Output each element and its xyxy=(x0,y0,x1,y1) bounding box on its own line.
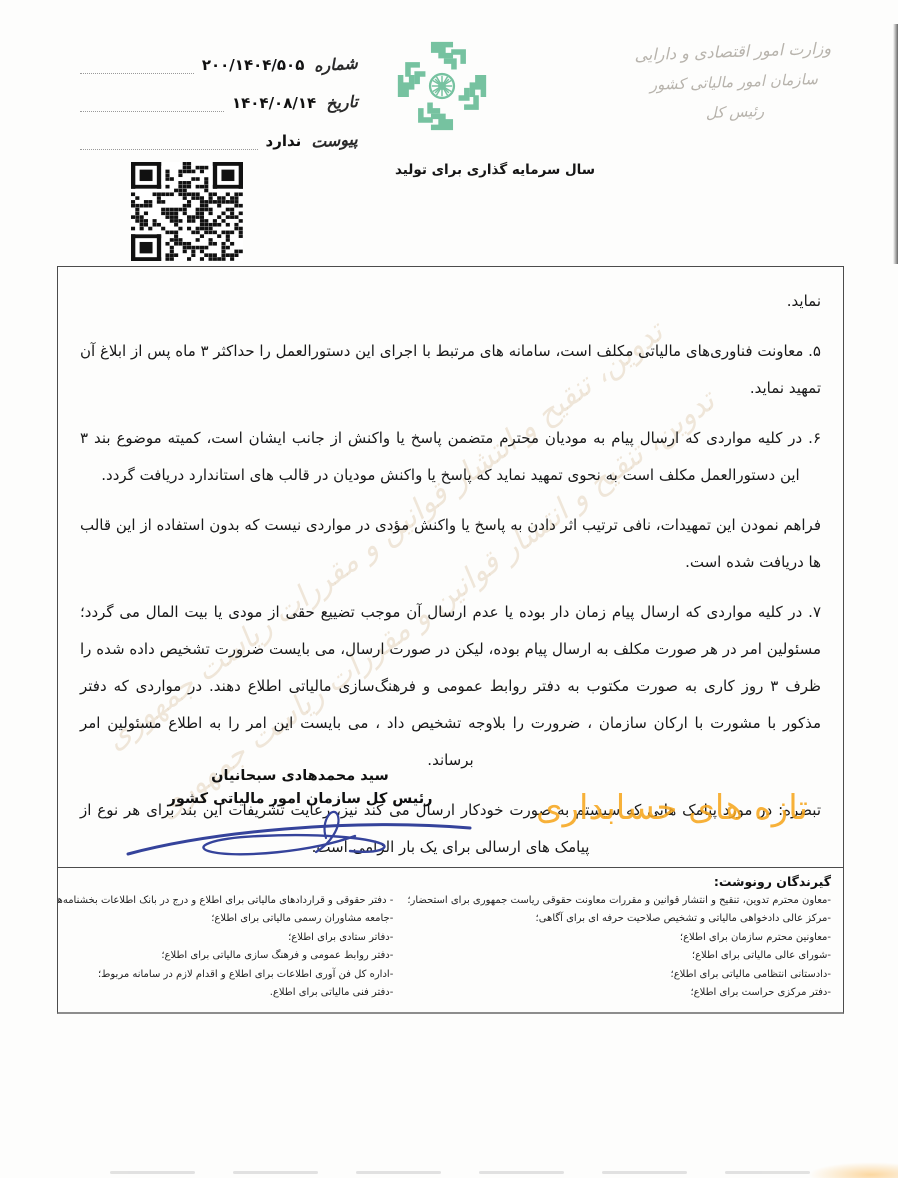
dotted-line xyxy=(80,55,194,74)
letter-number-label: شماره xyxy=(314,54,359,76)
letter-date-label: تاریخ xyxy=(326,92,359,113)
cc-item: -جامعه مشاوران رسمی مالیاتی برای اطلاع؛ xyxy=(57,911,393,928)
letter-attachment-value: ندارد xyxy=(266,132,302,150)
footer-fine-print xyxy=(110,1171,810,1175)
letter-number-value: ۲۰۰/۱۴۰۴/۵۰۵ xyxy=(202,56,305,74)
letter-date-row: تاریخ ۱۴۰۴/۰۸/۱۴ xyxy=(80,86,358,112)
year-slogan: سال سرمایه گذاری برای تولید xyxy=(350,162,640,178)
signer-title: رئیس کل سازمان امور مالیاتی کشور xyxy=(150,791,450,807)
body-paragraph: ۶. در کلیه مواردی که ارسال پیام به مودیا… xyxy=(80,420,821,494)
cc-item: -دفتر فنی مالیاتی برای اطلاع. xyxy=(57,985,393,1002)
scan-edge-shadow xyxy=(893,24,898,264)
ministry-line3: رئیس کل xyxy=(585,98,885,126)
channel-watermark: تازه های حسابداری xyxy=(512,788,832,828)
body-paragraph: ۵. معاونت فناوری‌های مالیاتی مکلف است، س… xyxy=(80,333,821,407)
signer-name: سید محمدهادی سبحانیان xyxy=(150,768,450,784)
cc-item: - دفتر حقوقی و قراردادهای مالیاتی برای ا… xyxy=(57,893,393,910)
cc-item: -دفتر روابط عمومی و فرهنگ سازی مالیاتی ب… xyxy=(57,948,393,965)
body-paragraph: نماید. xyxy=(80,283,821,320)
body-paragraph: فراهم نمودن این تمهیدات، نافی ترتیب اثر … xyxy=(80,507,821,581)
cc-item: -مرکز عالی دادخواهی مالیاتی و تشخیص صلاح… xyxy=(407,911,831,928)
copy-recipients-header: گیرندگان رونوشت: xyxy=(70,874,831,889)
dotted-line xyxy=(80,131,258,150)
letter-date-value: ۱۴۰۴/۰۸/۱۴ xyxy=(232,94,316,112)
cc-item: -معاون محترم تدوین، تنقیح و انتشار قوانی… xyxy=(407,893,831,910)
qr-code xyxy=(131,162,243,261)
cc-item: -دفتر مرکزی حراست برای اطلاع؛ xyxy=(407,985,831,1002)
cc-item: -دفاتر ستادی برای اطلاع؛ xyxy=(57,930,393,947)
copy-recipients-box: گیرندگان رونوشت: -معاون محترم تدوین، تنق… xyxy=(57,867,844,1014)
signature-block: سید محمدهادی سبحانیان رئیس کل سازمان امو… xyxy=(150,768,450,807)
cc-left-column: - دفتر حقوقی و قراردادهای مالیاتی برای ا… xyxy=(57,893,393,1004)
cc-item: -شورای عالی مالیاتی برای اطلاع؛ xyxy=(407,948,831,965)
ministry-line1: وزارت امور اقتصادی و دارایی xyxy=(583,37,883,66)
dotted-line xyxy=(80,93,224,112)
letter-attachment-label: پیوست xyxy=(311,129,359,151)
letter-attachment-row: پیوست ندارد xyxy=(80,124,358,150)
reference-block: شماره ۲۰۰/۱۴۰۴/۵۰۵ تاریخ ۱۴۰۴/۰۸/۱۴ پیوس… xyxy=(80,48,358,162)
cc-item: -معاونین محترم سازمان برای اطلاع؛ xyxy=(407,930,831,947)
cc-right-column: -معاون محترم تدوین، تنقیح و انتشار قوانی… xyxy=(407,893,831,1004)
cc-item: -دادستانی انتظامی مالیاتی برای اطلاع؛ xyxy=(407,967,831,984)
ministry-line2: سازمان امور مالیاتی کشور xyxy=(584,68,884,96)
watermark-smudge xyxy=(808,1162,898,1178)
ministry-letterhead: وزارت امور اقتصادی و دارایی سازمان امور … xyxy=(583,37,886,138)
cc-item: -اداره کل فن آوری اطلاعات برای اطلاع و ا… xyxy=(57,967,393,984)
tax-administration-logo-icon xyxy=(392,40,492,132)
body-paragraph: ۷. در کلیه مواردی که ارسال پیام زمان دار… xyxy=(80,594,821,779)
letter-number-row: شماره ۲۰۰/۱۴۰۴/۵۰۵ xyxy=(80,48,358,74)
